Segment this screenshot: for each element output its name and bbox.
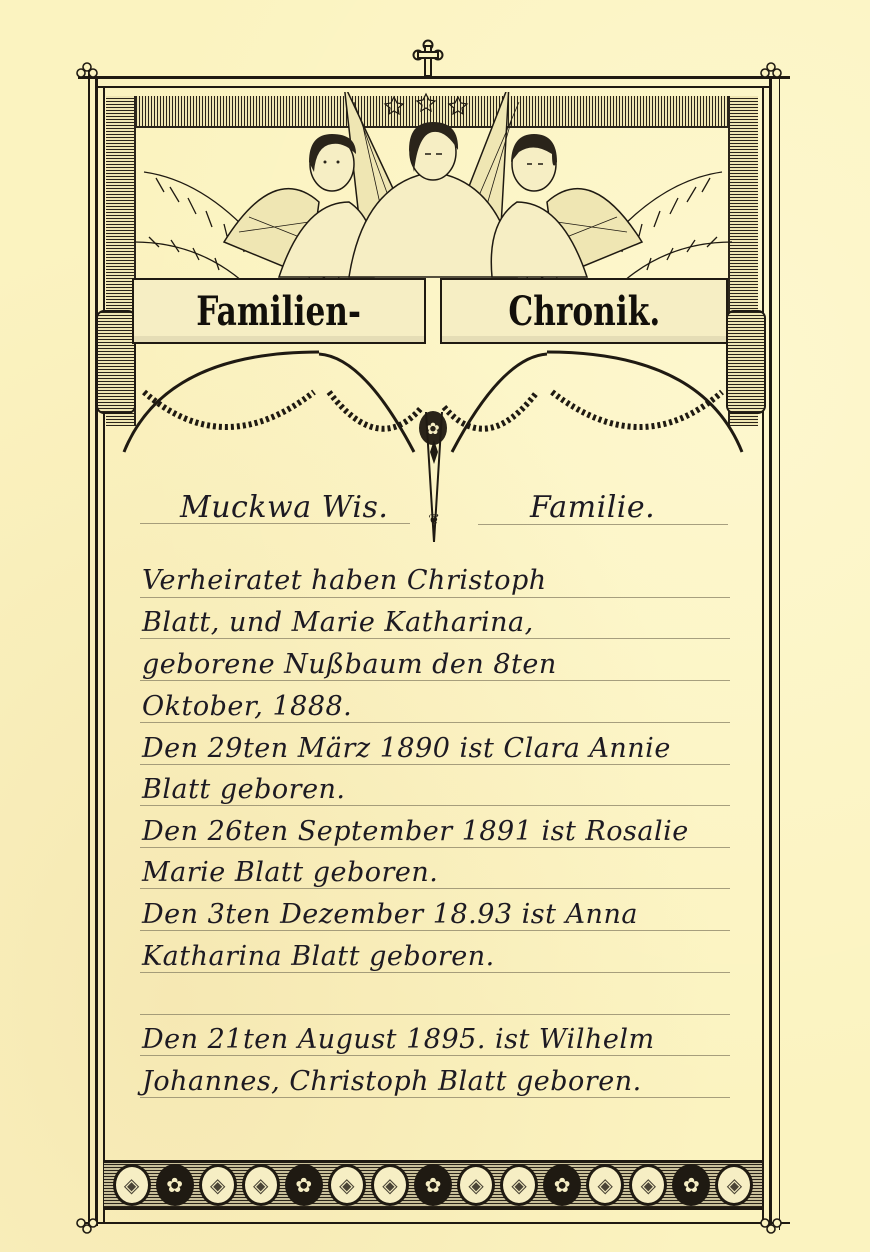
frame-right-middle [769, 78, 772, 1226]
ruled-line [140, 1097, 730, 1098]
handwritten-line: Oktober, 1888. [142, 691, 352, 722]
top-cross-icon [412, 38, 444, 80]
handwritten-line: Den 29ten März 1890 ist Clara Annie [142, 733, 671, 764]
frame-right-outer [779, 70, 780, 1230]
title-banner-left: Familien- [132, 278, 426, 344]
diamond-medallion-icon: ◈ [715, 1164, 753, 1206]
handwritten-line: Blatt, und Marie Katharina, [142, 607, 534, 638]
footer-medallion-band: ◈✿◈◈✿◈◈✿◈◈✿◈◈✿◈ [104, 1160, 762, 1210]
corner-trefoil-icon [760, 62, 782, 84]
ruled-line [140, 722, 730, 723]
handwritten-line: Den 21ten August 1895. ist Wilhelm [142, 1024, 655, 1055]
corner-trefoil-icon [760, 1212, 782, 1234]
ruled-line [140, 764, 730, 765]
handwritten-place: Muckwa Wis. [180, 490, 388, 525]
diamond-medallion-icon: ◈ [457, 1164, 495, 1206]
flower-medallion-icon: ✿ [672, 1164, 710, 1206]
handwritten-family-label: Familie. [530, 490, 655, 525]
ruled-line [140, 597, 730, 598]
ruled-line [140, 805, 730, 806]
flower-medallion-icon: ✿ [156, 1164, 194, 1206]
corner-trefoil-icon [76, 62, 98, 84]
svg-text:❦: ❦ [428, 512, 440, 528]
frame-left-outer [88, 70, 90, 1230]
frame-bottom-line [78, 1222, 790, 1224]
frame-top-line [78, 76, 790, 79]
diamond-medallion-icon: ◈ [500, 1164, 538, 1206]
diamond-medallion-icon: ◈ [113, 1164, 151, 1206]
handwritten-line: Marie Blatt geboren. [142, 857, 438, 888]
diamond-medallion-icon: ◈ [586, 1164, 624, 1206]
diamond-medallion-icon: ◈ [242, 1164, 280, 1206]
ruled-line [140, 930, 730, 931]
title-chronik: Chronik. [508, 288, 660, 335]
diamond-medallion-icon: ◈ [328, 1164, 366, 1206]
flower-medallion-icon: ✿ [285, 1164, 323, 1206]
handwritten-line: Johannes, Christoph Blatt geboren. [142, 1066, 642, 1097]
banner-right-curl [726, 310, 766, 414]
corner-trefoil-icon [76, 1212, 98, 1234]
flower-medallion-icon: ✿ [543, 1164, 581, 1206]
diamond-medallion-icon: ◈ [629, 1164, 667, 1206]
ruled-line [140, 972, 730, 973]
ruled-line [140, 1055, 730, 1056]
handwritten-line: Verheiratet haben Christoph [142, 565, 547, 596]
frame-top-line-inner [98, 86, 770, 88]
diamond-medallion-icon: ◈ [199, 1164, 237, 1206]
handwritten-line: geborene Nußbaum den 8ten [142, 649, 557, 680]
ruled-line [140, 1014, 730, 1015]
diamond-medallion-icon: ◈ [371, 1164, 409, 1206]
handwritten-line: Den 3ten Dezember 18.93 ist Anna [142, 899, 638, 930]
pendant-ornament-icon: ❦ [424, 392, 444, 552]
handwritten-line: Katharina Blatt geboren. [142, 941, 495, 972]
title-banner-right: Chronik. [440, 278, 728, 344]
ruled-line [140, 680, 730, 681]
flower-medallion-icon: ✿ [414, 1164, 452, 1206]
ruled-line [140, 847, 730, 848]
handwritten-line: Blatt geboren. [142, 774, 346, 805]
ruled-line [140, 888, 730, 889]
banner-left-curl [96, 310, 136, 414]
frame-right-inner [762, 86, 764, 1222]
handwritten-line: Den 26ten September 1891 ist Rosalie [142, 816, 689, 847]
ruled-line [140, 638, 730, 639]
frame-left-middle [95, 78, 98, 1226]
title-familien: Familien- [197, 288, 362, 335]
